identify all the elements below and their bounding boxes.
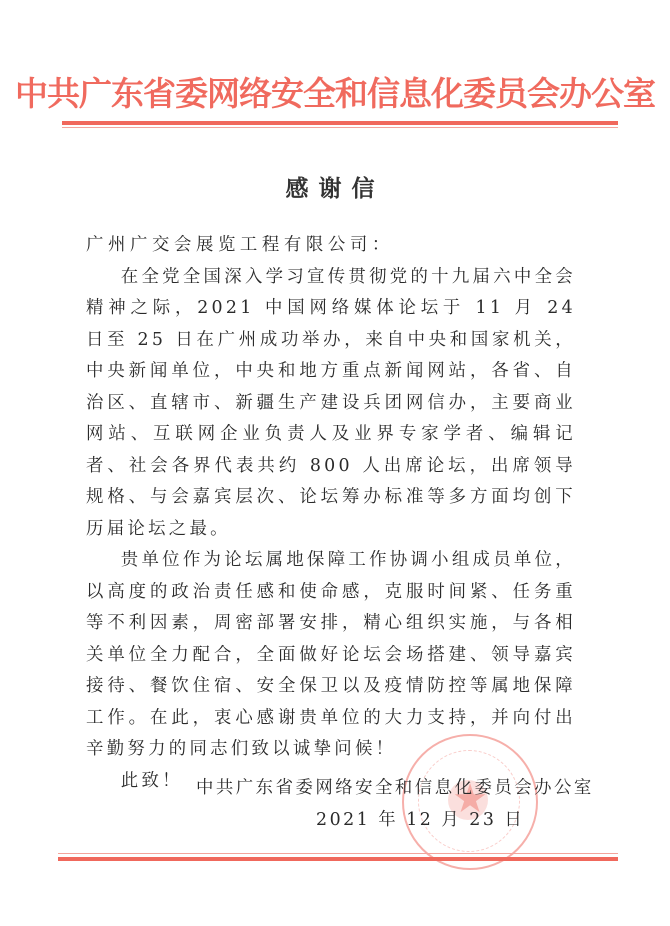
body-paragraph-1: 在全党全国深入学习宣传贯彻党的十九届六中全会精神之际，2021 中国网络媒体论坛… <box>86 262 576 546</box>
footer-red-rule <box>58 853 618 861</box>
salutation: 广州广交会展览工程有限公司： <box>86 230 576 262</box>
signature-date: 2021 年 12 月 23 日 <box>316 805 524 830</box>
rule-thin-line <box>62 127 618 128</box>
letterhead-org-name: 中共广东省委网络安全和信息化委员会办公室 <box>0 68 670 115</box>
rule-thick-line <box>62 121 618 125</box>
document-title: 感谢信 <box>0 170 670 203</box>
rule-thick-line <box>58 857 618 861</box>
letterhead-red-rule <box>62 121 618 128</box>
body-paragraph-2: 贵单位作为论坛属地保障工作协调小组成员单位，以高度的政治责任感和使命感，克服时间… <box>86 545 576 766</box>
letter-body: 广州广交会展览工程有限公司： 在全党全国深入学习宣传贯彻党的十九届六中全会精神之… <box>86 230 576 797</box>
rule-thin-line <box>58 853 618 854</box>
signature-org: 中共广东省委网络安全和信息化委员会办公室 <box>196 773 594 798</box>
